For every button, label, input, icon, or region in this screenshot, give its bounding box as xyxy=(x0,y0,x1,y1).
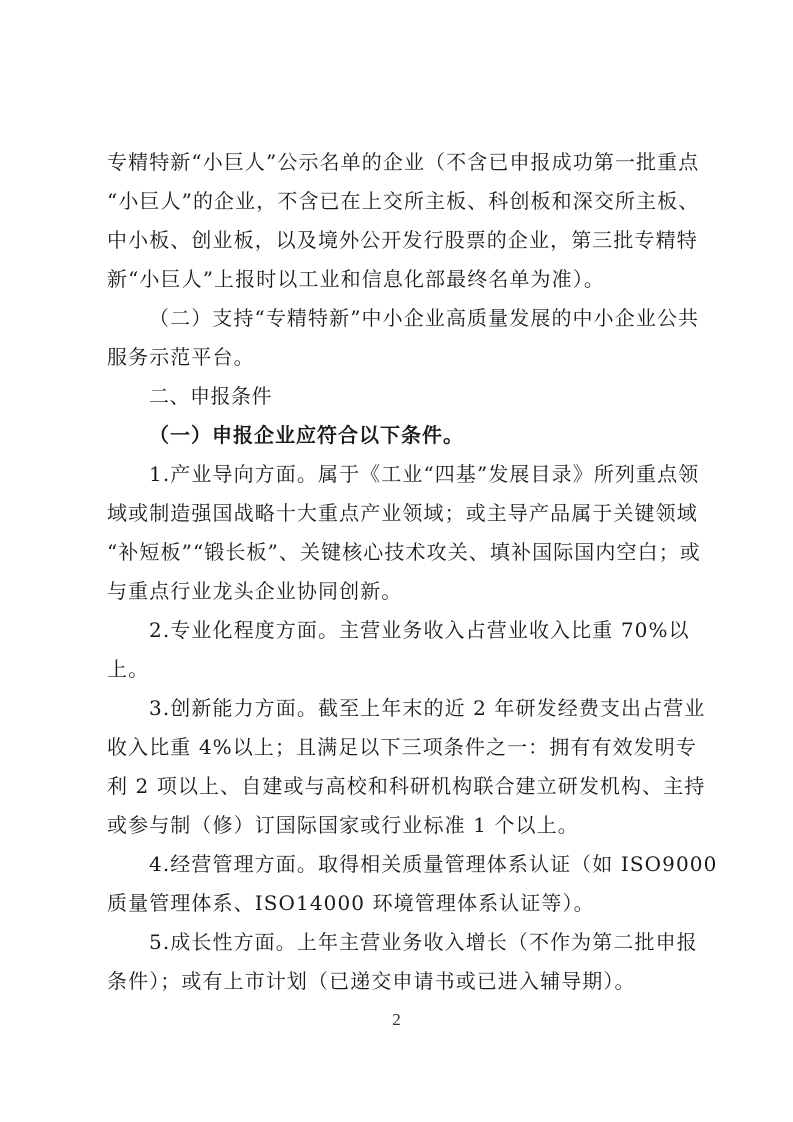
subsection-heading: （一）申报企业应符合以下条件。 xyxy=(107,416,701,455)
text-line: 或参与制（修）订国际国家或行业标准 1 个以上。 xyxy=(107,806,701,845)
document-page-body: 专精特新“小巨人”公示名单的企业（不含已申报成功第一批重点 “小巨人”的企业，不… xyxy=(107,143,701,1001)
text-line: 3.创新能力方面。截至上年末的近 2 年研发经费支出占营业 xyxy=(107,689,701,728)
text-line: “补短板”“锻长板”、关键核心技术攻关、填补国际国内空白；或 xyxy=(107,533,701,572)
paragraph-item-1-industry-orientation: 1.产业导向方面。属于《工业“四基”发展目录》所列重点领 域或制造强国战略十大重… xyxy=(107,455,701,611)
text-line: 中小板、创业板，以及境外公开发行股票的企业，第三批专精特 xyxy=(107,221,701,260)
text-line: 利 2 项以上、自建或与高校和科研机构联合建立研发机构、主持 xyxy=(107,767,701,806)
text-line: （二）支持“专精特新”中小企业高质量发展的中小企业公共 xyxy=(107,299,701,338)
section-heading: 二、申报条件 xyxy=(107,377,701,416)
section-heading-conditions: 二、申报条件 xyxy=(107,377,701,416)
text-line: 与重点行业龙头企业协同创新。 xyxy=(107,572,701,611)
page-number: 2 xyxy=(0,1010,793,1030)
paragraph-continuation: 专精特新“小巨人”公示名单的企业（不含已申报成功第一批重点 “小巨人”的企业，不… xyxy=(107,143,701,299)
text-line: 服务示范平台。 xyxy=(107,338,701,377)
paragraph-item-3-innovation: 3.创新能力方面。截至上年末的近 2 年研发经费支出占营业 收入比重 4%以上；… xyxy=(107,689,701,845)
text-line: 5.成长性方面。上年主营业务收入增长（不作为第二批申报 xyxy=(107,923,701,962)
text-line: “小巨人”的企业，不含已在上交所主板、科创板和深交所主板、 xyxy=(107,182,701,221)
text-line: 新“小巨人”上报时以工业和信息化部最终名单为准）。 xyxy=(107,260,701,299)
text-line: 域或制造强国战略十大重点产业领域；或主导产品属于关键领域 xyxy=(107,494,701,533)
paragraph-item-5-growth: 5.成长性方面。上年主营业务收入增长（不作为第二批申报 条件）；或有上市计划（已… xyxy=(107,923,701,1001)
text-line: 上。 xyxy=(107,650,701,689)
text-line: 收入比重 4%以上；且满足以下三项条件之一：拥有有效发明专 xyxy=(107,728,701,767)
paragraph-item-2-specialization: 2.专业化程度方面。主营业务收入占营业收入比重 70%以 上。 xyxy=(107,611,701,689)
subsection-heading-enterprise-conditions: （一）申报企业应符合以下条件。 xyxy=(107,416,701,455)
paragraph-platform: （二）支持“专精特新”中小企业高质量发展的中小企业公共 服务示范平台。 xyxy=(107,299,701,377)
text-line: 质量管理体系、ISO14000 环境管理体系认证等）。 xyxy=(107,884,701,923)
text-line: 条件）；或有上市计划（已递交申请书或已进入辅导期）。 xyxy=(107,962,701,1001)
paragraph-item-4-management: 4.经营管理方面。取得相关质量管理体系认证（如 ISO9000 质量管理体系、I… xyxy=(107,845,701,923)
text-line: 专精特新“小巨人”公示名单的企业（不含已申报成功第一批重点 xyxy=(107,143,701,182)
text-line: 1.产业导向方面。属于《工业“四基”发展目录》所列重点领 xyxy=(107,455,701,494)
text-line: 2.专业化程度方面。主营业务收入占营业收入比重 70%以 xyxy=(107,611,701,650)
text-line: 4.经营管理方面。取得相关质量管理体系认证（如 ISO9000 xyxy=(107,845,701,884)
